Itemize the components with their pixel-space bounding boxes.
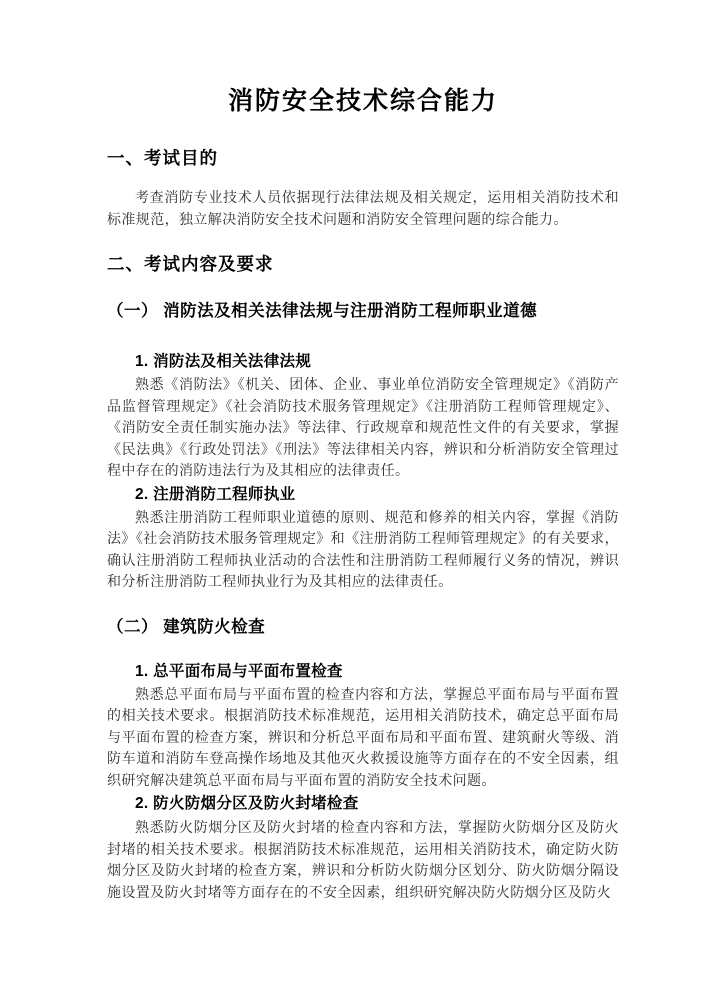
topic-heading-1-1: 1. 消防法及相关法律法规 [107,352,619,372]
heading-exam-content: 二、考试内容及要求 [107,253,619,276]
topic-site-layout-inspection: 1. 总平面布局与平面布置检查 熟悉总平面布局与平面布置的检查内容和方法，掌握总… [107,662,619,793]
topic-body-1-1: 熟悉《消防法》《机关、团体、企业、事业单位消防安全管理规定》《消防产品监督管理规… [107,375,619,483]
subsection-law-and-ethics: （一） 消防法及相关法律法规与注册消防工程师职业道德 1. 消防法及相关法律法规… [107,300,619,594]
heading-exam-purpose: 一、考试目的 [107,147,619,170]
topic-engineer-practice: 2. 注册消防工程师执业 熟悉注册消防工程师职业道德的原则、规范和修养的相关内容… [107,485,619,594]
topic-fire-law: 1. 消防法及相关法律法规 熟悉《消防法》《机关、团体、企业、事业单位消防安全管… [107,352,619,483]
section-exam-content: 二、考试内容及要求 （一） 消防法及相关法律法规与注册消防工程师职业道德 1. … [107,253,619,904]
section-exam-purpose: 一、考试目的 考查消防专业技术人员依据现行法律法规及相关规定，运用相关消防技术和… [107,147,619,231]
topic-heading-2-2: 2. 防火防烟分区及防火封堵检查 [107,794,619,814]
topic-fire-smoke-compartment-inspection: 2. 防火防烟分区及防火封堵检查 熟悉防火防烟分区及防火封堵的检查内容和方法，掌… [107,794,619,904]
intro-paragraph: 考查消防专业技术人员依据现行法律法规及相关规定，运用相关消防技术和标准规范，独立… [107,188,619,231]
subsection-building-fire-inspection: （二） 建筑防火检查 1. 总平面布局与平面布置检查 熟悉总平面布局与平面布置的… [107,616,619,905]
topic-heading-1-2: 2. 注册消防工程师执业 [107,485,619,505]
topic-body-1-2: 熟悉注册消防工程师职业道德的原则、规范和修养的相关内容，掌握《消防法》《社会消防… [107,508,619,594]
heading-sub-2: （二） 建筑防火检查 [107,616,619,639]
document-page: 消防安全技术综合能力 一、考试目的 考查消防专业技术人员依据现行法律法规及相关规… [0,0,707,1000]
topic-heading-2-1: 1. 总平面布局与平面布置检查 [107,662,619,682]
topic-body-2-1: 熟悉总平面布局与平面布置的检查内容和方法，掌握总平面布局与平面布置的相关技术要求… [107,685,619,793]
document-title: 消防安全技术综合能力 [107,86,619,116]
heading-sub-1: （一） 消防法及相关法律法规与注册消防工程师职业道德 [107,300,619,323]
topic-body-2-2: 熟悉防火防烟分区及防火封堵的检查内容和方法，掌握防火防烟分区及防火封堵的相关技术… [107,818,619,904]
